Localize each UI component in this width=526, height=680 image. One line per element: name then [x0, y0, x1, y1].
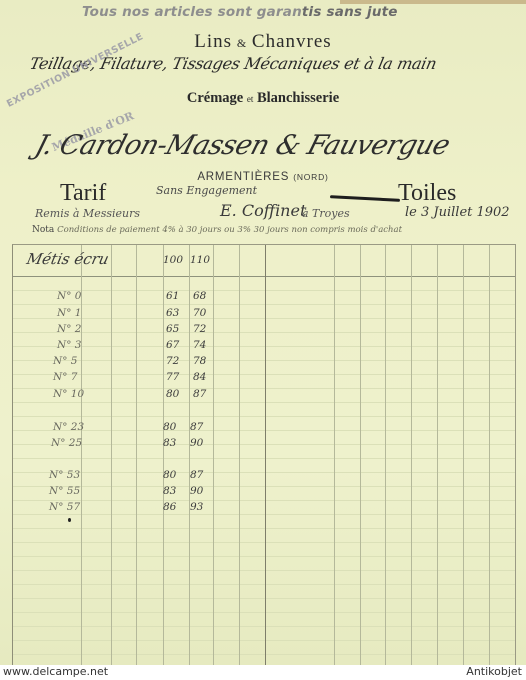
column-rule — [163, 245, 164, 666]
source-watermark: www.delcampe.net — [3, 665, 108, 678]
rule — [13, 374, 515, 375]
column-rule — [360, 245, 361, 666]
price-100: 80 — [166, 388, 179, 400]
rule — [13, 500, 515, 501]
width-110-header: 110 — [190, 254, 210, 266]
rule — [13, 626, 515, 627]
rule — [13, 570, 515, 571]
column-rule — [239, 245, 240, 666]
price-100: 86 — [163, 501, 176, 513]
footer-bar: www.delcampe.net Antikobjet — [0, 665, 526, 680]
price-110: 90 — [190, 485, 203, 497]
price-100: 80 — [163, 469, 176, 481]
rule — [13, 584, 515, 585]
pen-stroke — [330, 195, 400, 202]
title-chanvres: Chanvres — [252, 31, 332, 52]
guarantee-stamp-faded: Tous nos articles sont garan — [82, 4, 302, 20]
column-rule — [463, 245, 464, 666]
price-100: 65 — [166, 323, 179, 335]
column-rule — [111, 245, 112, 666]
price-110: 68 — [193, 290, 206, 302]
guarantee-stamp: Tous nos articles sont garantis sans jut… — [82, 4, 398, 20]
rule — [13, 472, 515, 473]
rule — [13, 598, 515, 599]
width-100-header: 100 — [163, 254, 183, 266]
cremage-line: Crémage et Blanchisserie — [0, 90, 526, 107]
column-rule — [213, 245, 214, 666]
rule — [13, 402, 515, 403]
tarif-note: Sans Engagement — [156, 184, 257, 197]
invoice-date: le 3 Juillet 1902 — [405, 205, 510, 220]
rule — [13, 514, 515, 515]
rule — [13, 416, 515, 417]
product-label: Métis écru — [25, 250, 110, 268]
nota-label: Nota — [32, 225, 54, 235]
rule — [13, 654, 515, 655]
remis-label: Remis à Messieurs — [35, 207, 140, 220]
cremage-et: et — [247, 94, 254, 104]
rule — [13, 332, 515, 333]
price-100: 77 — [166, 371, 179, 383]
price-110: 87 — [190, 421, 203, 433]
rule — [13, 486, 515, 487]
header-rule — [13, 276, 515, 277]
rule — [13, 430, 515, 431]
row-number: N° 25 — [51, 437, 82, 449]
city-name: ARMENTIÈRES — [197, 171, 289, 183]
nota-line: Nota Conditions de paiement 4% à 30 jour… — [32, 225, 402, 235]
main-divider — [265, 245, 266, 666]
price-110: 78 — [193, 355, 206, 367]
tarif-heading: Tarif — [60, 180, 106, 207]
guarantee-stamp-dark: tis sans jute — [302, 4, 398, 20]
column-rule — [136, 245, 137, 666]
price-100: 67 — [166, 339, 179, 351]
toiles-heading: Toiles — [398, 180, 456, 207]
column-rule — [385, 245, 386, 666]
price-100: 83 — [163, 437, 176, 449]
price-100: 63 — [166, 307, 179, 319]
blanchisserie-text: Blanchisserie — [257, 90, 339, 106]
invoice-paper: Tous nos articles sont garantis sans jut… — [0, 0, 526, 665]
price-110: 74 — [193, 339, 206, 351]
row-number: N° 0 — [57, 290, 81, 302]
price-table: Métis écru 100 110 N° 0 61 68 N° 1 63 70… — [12, 244, 516, 666]
rule — [13, 444, 515, 445]
row-number: N° 23 — [53, 421, 84, 433]
client-city: à Troyes — [302, 207, 350, 220]
region-name: (NORD) — [293, 172, 329, 182]
cremage-text: Crémage — [187, 90, 243, 106]
row-number: N° 7 — [53, 371, 77, 383]
column-rule — [411, 245, 412, 666]
price-100: 83 — [163, 485, 176, 497]
column-rule — [334, 245, 335, 666]
rule — [13, 458, 515, 459]
rule — [13, 360, 515, 361]
price-110: 87 — [190, 469, 203, 481]
column-rule — [437, 245, 438, 666]
column-rule — [489, 245, 490, 666]
price-100: 80 — [163, 421, 176, 433]
row-number: N° 2 — [57, 323, 81, 335]
price-110: 72 — [193, 323, 206, 335]
rule — [13, 318, 515, 319]
row-number: N° 53 — [49, 469, 80, 481]
row-number: N° 10 — [53, 388, 84, 400]
price-110: 84 — [193, 371, 206, 383]
row-number: N° 57 — [49, 501, 80, 513]
price-100: 72 — [166, 355, 179, 367]
firm-name: J. Cardon-Massen & Fauvergue — [32, 130, 454, 161]
price-110: 87 — [193, 388, 206, 400]
title-lins: Lins — [194, 31, 232, 52]
price-110: 90 — [190, 437, 203, 449]
price-110: 70 — [193, 307, 206, 319]
rule — [13, 304, 515, 305]
row-number: N° 55 — [49, 485, 80, 497]
payment-conditions: Conditions de paiement 4% à 30 jours ou … — [57, 225, 402, 235]
seller-watermark: Antikobjet — [466, 665, 522, 678]
rule — [13, 290, 515, 291]
price-100: 61 — [166, 290, 179, 302]
rule — [13, 640, 515, 641]
rule — [13, 388, 515, 389]
row-number: N° 1 — [57, 307, 81, 319]
rule — [13, 528, 515, 529]
rule — [13, 346, 515, 347]
row-number: N° 5 — [53, 355, 77, 367]
client-name: E. Coffinet — [220, 201, 306, 220]
letterhead-title: Lins & Chanvres — [0, 31, 526, 53]
price-110: 93 — [190, 501, 203, 513]
title-amp: & — [237, 36, 247, 50]
rule — [13, 542, 515, 543]
ink-dot — [68, 518, 71, 522]
rule — [13, 612, 515, 613]
row-number: N° 3 — [57, 339, 81, 351]
column-rule — [189, 245, 190, 666]
rule — [13, 556, 515, 557]
